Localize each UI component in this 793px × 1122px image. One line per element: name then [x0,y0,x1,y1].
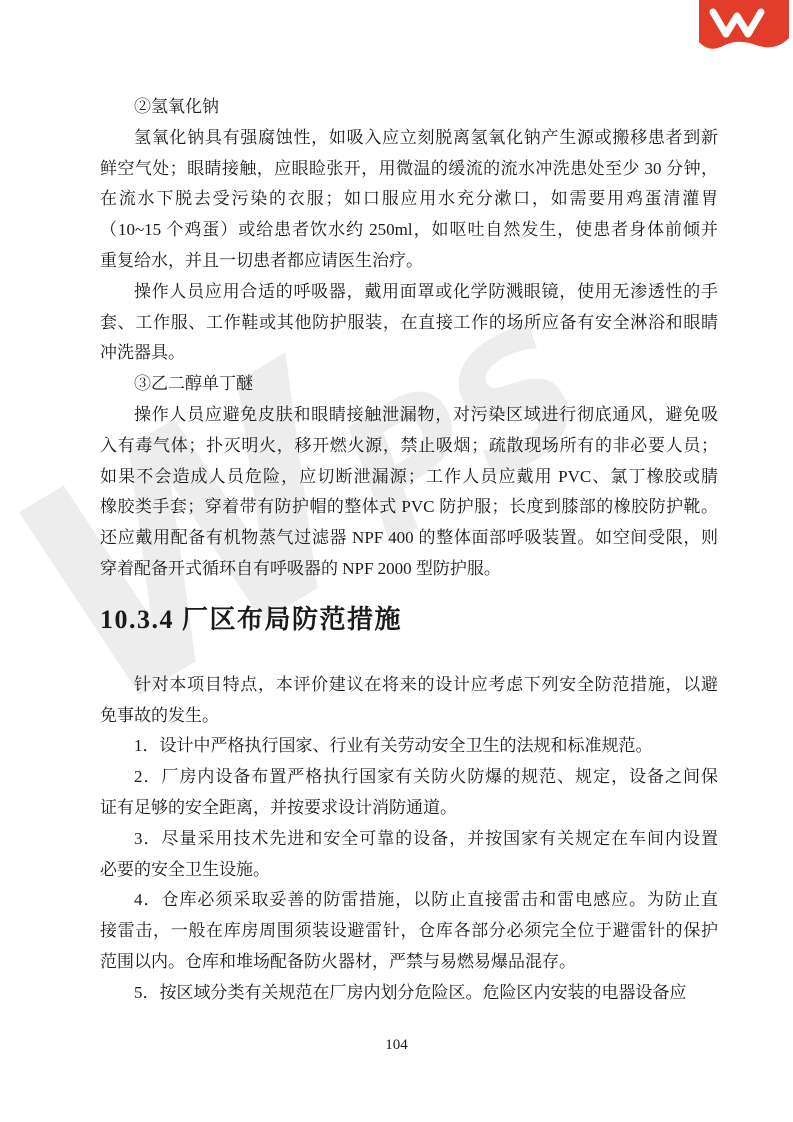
text-line: 操作人员应用合适的呼吸器，戴用面罩或化学防溅眼镜，使用无渗透性的手 [100,277,718,308]
wps-logo-badge [699,0,789,61]
text-line: 操作人员应避免皮肤和眼睛接触泄漏物，对污染区域进行彻底通风，避免吸 [100,400,718,431]
text-line: 如果不会造成人员危险，应切断泄漏源；工作人员应戴用 PVC、氯丁橡胶或腈 [100,462,718,493]
text-line: 接雷击，一般在库房周围须装设避雷针，仓库各部分必须完全位于避雷针的保护 [100,916,718,947]
section-heading: 10.3.4 厂区布局防范措施 [100,603,718,637]
paragraph-naoh-first-aid: 氢氧化钠具有强腐蚀性，如吸入应立刻脱离氢氧化钠产生源或搬移患者到新鲜空气处；眼睛… [100,123,718,277]
text-line: 穿着配备开式循环自有呼吸器的 NPF 2000 型防护服。 [100,554,718,585]
page-number: 104 [385,1037,408,1053]
text-line: 5．按区域分类有关规范在厂房内划分危险区。危险区内安装的电器设备应 [100,978,718,1009]
text-line: 还应戴用配备有机物蒸气过滤器 NPF 400 的整体面部呼吸装置。如空间受限，则 [100,523,718,554]
text-line: 免事故的发生。 [100,701,718,732]
text-line: 入有毒气体；扑灭明火，移开燃火源，禁止吸烟；疏散现场所有的非必要人员； [100,431,718,462]
list-item-2: 2．厂房内设备布置严格执行国家有关防火防爆的规范、规定，设备之间保证有足够的安全… [100,762,718,824]
text-line: 1．设计中严格执行国家、行业有关劳动安全卫生的法规和标准规范。 [100,731,718,762]
document-page: WPS ②氢氧化钠 氢氧化钠具有强腐蚀性，如吸入应立刻脱离氢氧化钠产生源或搬移患… [0,0,793,1122]
item-label-glycol-ether: ③乙二醇单丁醚 [100,369,718,400]
text-line: 证有足够的安全距离，并按要求设计消防通道。 [100,793,718,824]
text-line: 在流水下脱去受污染的衣服；如口服应用水充分漱口，如需要用鸡蛋清灌胃 [100,184,718,215]
list-item-4: 4．仓库必须采取妥善的防雷措施，以防止直接雷击和雷电感应。为防止直接雷击，一般在… [100,885,718,977]
wps-logo-icon [699,0,789,56]
paragraph-section-intro: 针对本项目特点，本评价建议在将来的设计应考虑下列安全防范措施，以避免事故的发生。 [100,670,718,732]
text-line: 冲洗器具。 [100,338,718,369]
text-line: 必要的安全卫生设施。 [100,855,718,886]
text-line: 套、工作服、工作鞋或其他防护服装，在直接工作的场所应备有安全淋浴和眼睛 [100,308,718,339]
item-label-sodium-hydroxide: ②氢氧化钠 [100,92,718,123]
list-item-3: 3．尽量采用技术先进和安全可靠的设备，并按国家有关规定在车间内设置必要的安全卫生… [100,824,718,886]
paragraph-glycol-ether: 操作人员应避免皮肤和眼睛接触泄漏物，对污染区域进行彻底通风，避免吸入有毒气体；扑… [100,400,718,585]
text-line: 鲜空气处；眼睛接触，应眼睑张开，用微温的缓流的流水冲洗患处至少 30 分钟， [100,154,718,185]
list-item-1: 1．设计中严格执行国家、行业有关劳动安全卫生的法规和标准规范。 [100,731,718,762]
text-line: 重复给水，并且一切患者都应请医生治疗。 [100,246,718,277]
list-item-5: 5．按区域分类有关规范在厂房内划分危险区。危险区内安装的电器设备应 [100,978,718,1009]
document-content: ②氢氧化钠 氢氧化钠具有强腐蚀性，如吸入应立刻脱离氢氧化钠产生源或搬移患者到新鲜… [100,92,718,1009]
text-line: ③乙二醇单丁醚 [100,369,718,400]
text-line: ②氢氧化钠 [100,92,718,123]
text-line: 橡胶类手套；穿着带有防护帽的整体式 PVC 防护服；长度到膝部的橡胶防护靴。 [100,492,718,523]
text-line: 2．厂房内设备布置严格执行国家有关防火防爆的规范、规定，设备之间保 [100,762,718,793]
text-line: 范围以内。仓库和堆场配备防火器材，严禁与易燃易爆品混存。 [100,947,718,978]
paragraph-naoh-ppe: 操作人员应用合适的呼吸器，戴用面罩或化学防溅眼镜，使用无渗透性的手套、工作服、工… [100,277,718,369]
text-line: 氢氧化钠具有强腐蚀性，如吸入应立刻脱离氢氧化钠产生源或搬移患者到新 [100,123,718,154]
text-line: 4．仓库必须采取妥善的防雷措施，以防止直接雷击和雷电感应。为防止直 [100,885,718,916]
footer: 104 [0,1036,793,1054]
text-line: （10~15 个鸡蛋）或给患者饮水约 250ml，如呕吐自然发生，使患者身体前倾… [100,215,718,246]
text-line: 针对本项目特点，本评价建议在将来的设计应考虑下列安全防范措施，以避 [100,670,718,701]
text-line: 3．尽量采用技术先进和安全可靠的设备，并按国家有关规定在车间内设置 [100,824,718,855]
